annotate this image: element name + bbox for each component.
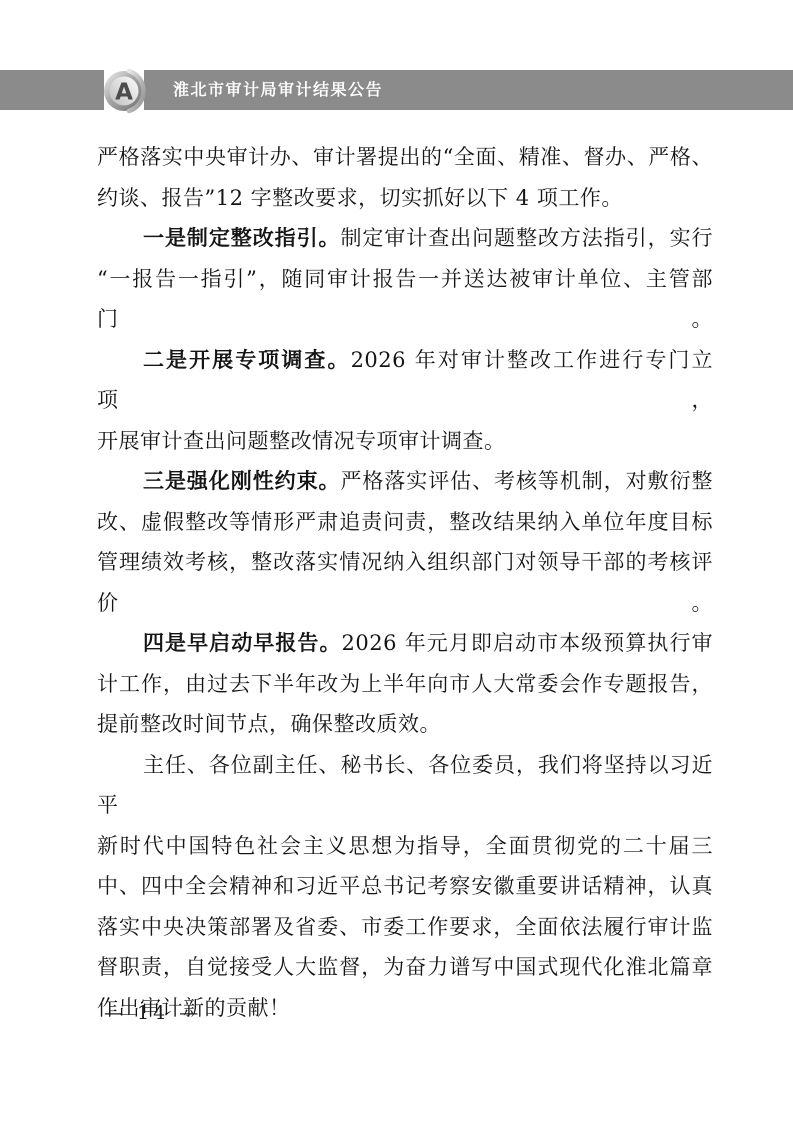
line-text: 提前整改时间节点，确保整改质效。 — [97, 712, 441, 736]
line-text: 新时代中国特色社会主义思想为指导，全面贯彻党的二十届三 — [97, 834, 713, 858]
line-lead-bold: 三是强化刚性约束。 — [143, 469, 340, 493]
line-text: “一报告一指引”，随同审计报告一并送达被审计单位、主管部门。 — [97, 267, 713, 332]
line-text: 约谈、报告”12 字整改要求，切实抓好以下 4 项工作。 — [97, 186, 623, 210]
line-text: 2026 年元月即启动市本级预算执行审 — [342, 631, 713, 655]
document-body: 严格落实中央审计办、审计署提出的“全面、精准、督办、严格、 约谈、报告”12 字… — [97, 137, 713, 1028]
line-text: 管理绩效考核，整改落实情况纳入组织部门对领导干部的考核评价。 — [97, 550, 713, 615]
line-text: 制定审计查出问题整改方法指引，实行 — [340, 226, 713, 250]
text-line: 中、四中全会精神和习近平总书记考察安徽重要讲话精神，认真 — [97, 866, 713, 907]
line-text: 改、虚假整改等情形严肃追责问责，整改结果纳入单位年度目标 — [97, 510, 713, 534]
text-line: 约谈、报告”12 字整改要求，切实抓好以下 4 项工作。 — [97, 178, 713, 219]
audit-logo: A — [104, 67, 144, 115]
document-page: A 淮北市审计局审计结果公告 严格落实中央审计办、审计署提出的“全面、精准、督办… — [0, 0, 793, 1122]
line-lead-bold: 四是早启动早报告。 — [143, 631, 342, 655]
line-lead-bold: 二是开展专项调查。 — [143, 348, 351, 372]
line-text: 主任、各位副主任、秘书长、各位委员，我们将坚持以习近平 — [97, 753, 713, 818]
text-line: 新时代中国特色社会主义思想为指导，全面贯彻党的二十届三 — [97, 826, 713, 867]
page-number: — 14 — — [104, 1002, 202, 1024]
header-title: 淮北市审计局审计结果公告 — [173, 70, 383, 110]
text-line: 三是强化刚性约束。严格落实评估、考核等机制，对敷衍整 — [97, 461, 713, 502]
text-line: 管理绩效考核，整改落实情况纳入组织部门对领导干部的考核评价。 — [97, 542, 713, 623]
text-line: 二是开展专项调查。2026 年对审计整改工作进行专门立项， — [97, 340, 713, 421]
svg-text:A: A — [115, 80, 133, 106]
text-line: 改、虚假整改等情形严肃追责问责，整改结果纳入单位年度目标 — [97, 502, 713, 543]
text-line: 一是制定整改指引。制定审计查出问题整改方法指引，实行 — [97, 218, 713, 259]
line-text: 计工作，由过去下半年改为上半年向市人大常委会作专题报告， — [97, 672, 713, 696]
line-text: 严格落实评估、考核等机制，对敷衍整 — [340, 469, 713, 493]
text-line: 严格落实中央审计办、审计署提出的“全面、精准、督办、严格、 — [97, 137, 713, 178]
text-line: 主任、各位副主任、秘书长、各位委员，我们将坚持以习近平 — [97, 745, 713, 826]
text-line: 计工作，由过去下半年改为上半年向市人大常委会作专题报告， — [97, 664, 713, 705]
text-line: 提前整改时间节点，确保整改质效。 — [97, 704, 713, 745]
header-band: A 淮北市审计局审计结果公告 — [0, 70, 793, 110]
text-line: 落实中央决策部署及省委、市委工作要求，全面依法履行审计监 — [97, 907, 713, 948]
text-line: “一报告一指引”，随同审计报告一并送达被审计单位、主管部门。 — [97, 259, 713, 340]
audit-emblem-icon: A — [101, 68, 151, 114]
line-text: 开展审计查出问题整改情况专项审计调查。 — [97, 429, 506, 453]
text-line: 四是早启动早报告。2026 年元月即启动市本级预算执行审 — [97, 623, 713, 664]
line-text: 督职责，自觉接受人大监督，为奋力谱写中国式现代化淮北篇章 — [97, 955, 713, 979]
line-text: 严格落实中央审计办、审计署提出的“全面、精准、督办、严格、 — [97, 145, 713, 169]
text-line: 督职责，自觉接受人大监督，为奋力谱写中国式现代化淮北篇章 — [97, 947, 713, 988]
line-text: 中、四中全会精神和习近平总书记考察安徽重要讲话精神，认真 — [97, 874, 713, 898]
line-text: 落实中央决策部署及省委、市委工作要求，全面依法履行审计监 — [97, 915, 713, 939]
text-line: 开展审计查出问题整改情况专项审计调查。 — [97, 421, 713, 462]
line-lead-bold: 一是制定整改指引。 — [143, 226, 340, 250]
